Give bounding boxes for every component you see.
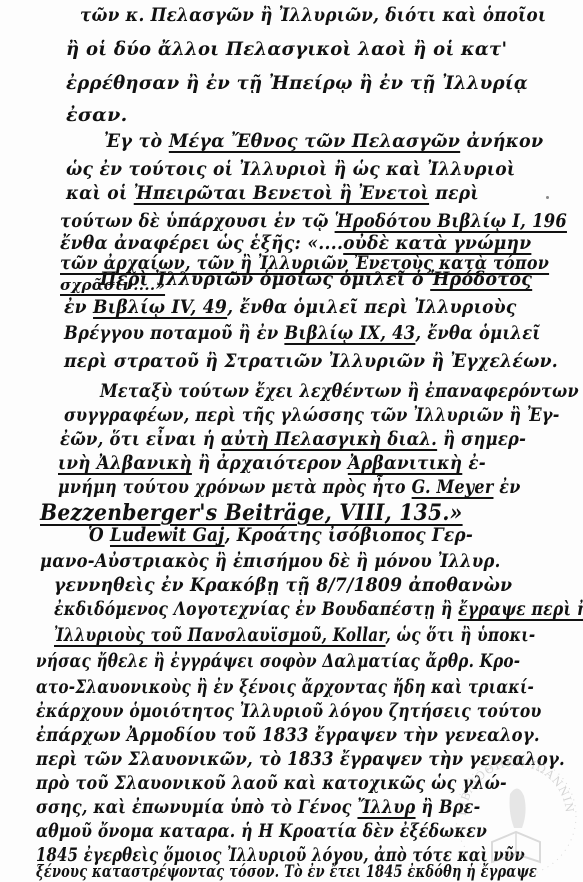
line-text: Ὁ xyxy=(88,524,110,546)
underlined-phrase: Ἠπειρῶται Βενετοὶ ἢ Ἐνετοὶ xyxy=(134,182,429,204)
underlined-word: Ἴλλυρ xyxy=(357,796,415,818)
line-text: ἐν xyxy=(493,476,520,498)
line-text: ἐν xyxy=(64,296,93,318)
manuscript-line: τούτων δὲ ὑπάρχουσι ἐν τῷ Ἡροδότου Βιβλί… xyxy=(60,210,567,232)
line-text: Βρέγγου ποταμοῦ ἢ ἐν xyxy=(64,322,284,344)
underlined-reference: Ἡροδότου Βιβλίῳ I, 196 xyxy=(335,210,567,232)
manuscript-line: Μεταξὺ τούτων ἔχει λεχθέντων ἢ ἐπαναφερό… xyxy=(100,380,579,402)
line-text: ἢ σημερ- xyxy=(437,428,526,450)
line-text: τούτων δὲ ὑπάρχουσι ἐν τῷ xyxy=(60,210,335,232)
manuscript-line: νήσας ἤθελε ἢ ἐγγράψει σοφὸν Δαλματίας ἄ… xyxy=(36,650,520,672)
underlined-name: Ἡρόδοτος xyxy=(430,268,532,290)
line-text: Ἐγ τὸ xyxy=(104,130,169,152)
manuscript-line: Περὶ Ἰλλυριῶν ὁμοίως ὁμιλεῖ ὁ Ἡρόδοτος xyxy=(100,268,532,290)
speck xyxy=(546,196,549,199)
manuscript-line: αθμοῦ ὄνομα καταρα. ἡ Η Κροατία δὲν ἐξέδ… xyxy=(36,820,487,842)
line-text: Περὶ Ἰλλυριῶν ὁμοίως ὁμιλεῖ ὁ xyxy=(100,268,430,290)
manuscript-line: ἐκδιδόμενος Λογοτεχνίας ἐν Βουδαπέστῃ ἢ … xyxy=(54,598,583,620)
manuscript-line: ατο-Σλαυονικοὺς ἢ ἐν ξένοις ἄρχοντας ἤδη… xyxy=(36,676,534,698)
line-text: σσης, καὶ ἐπωνυμία ὑπὸ τὸ Γένος xyxy=(36,796,357,818)
underlined-author: G. Meyer xyxy=(412,476,494,498)
manuscript-line: ὡς ἐν τούτοις οἱ Ἰλλυριοὶ ἢ ὡς καὶ Ἰλλυρ… xyxy=(66,158,515,180)
library-seal-icon: ΒΙΒΛΙΟΘΗΚΗ ΙΩΑΝΝΙΝΩΝ xyxy=(452,752,580,880)
underlined-reference: Βιβλίῳ IX, 43 xyxy=(284,322,415,344)
manuscript-line: ἔνθα ἀναφέρει ὡς ἑξῆς: «....οὐδὲ κατὰ γν… xyxy=(60,232,531,254)
manuscript-line: σσης, καὶ ἐπωνυμία ὑπὸ τὸ Γένος Ἴλλυρ ἢ … xyxy=(36,796,480,818)
manuscript-line: ἐρρέθησαν ἢ ἐν τῇ Ἠπείρῳ ἢ ἐν τῇ Ἰλλυρίᾳ xyxy=(66,72,528,94)
manuscript-line: ἐπάρχων Ἀρμοδίου τοῦ 1833 ἔγραψεν τὴν γε… xyxy=(36,724,540,746)
line-text: μνήμη τούτου χρόνων μετὰ πρὸς ἦτο xyxy=(58,476,412,498)
line-text: , ἔνθα ὁμιλεῖ xyxy=(415,322,540,344)
line-text: , ὡς ὅτι ἢ ὑποκι- xyxy=(385,624,535,646)
manuscript-line: ινὴ Ἀλβανικὴ ἢ ἀρχαιότερον Ἀρβανιτικὴ ἐ- xyxy=(58,452,486,474)
line-text: ἐ- xyxy=(462,452,486,474)
manuscript-line: καὶ οἱ Ἠπειρῶται Βενετοὶ ἢ Ἐνετοὶ περὶ xyxy=(66,182,479,204)
manuscript-line: ἢ οἱ δύο ἄλλοι Πελασγικοὶ λαοὶ ἢ οἱ κατ' xyxy=(66,38,507,60)
manuscript-line: Ὁ Ludewit Gaj, Κροάτης ἰσόβιοπος Γερ- xyxy=(88,524,473,546)
line-text: ἀνήκον xyxy=(460,130,543,152)
underlined-phrase: ινὴ Ἀλβανικὴ xyxy=(58,452,192,474)
manuscript-line: τῶν κ. Πελασγῶν ἢ Ἰλλυριῶν, διότι καὶ ὁπ… xyxy=(80,4,467,26)
line-text: καὶ οἱ xyxy=(66,182,134,204)
line-text: περὶ xyxy=(429,182,479,204)
manuscript-line: ἐῶν, ὅτι εἶναι ἡ αὐτὴ Πελασγικὴ διαλ. ἢ … xyxy=(60,428,526,450)
manuscript-line: περὶ στρατοῦ ἢ Στρατιῶν Ἰλλυριῶν ἢ Ἐγχελ… xyxy=(64,350,558,372)
manuscript-line: ἐν Βιβλίῳ IV, 49, ἔνθα ὁμιλεῖ περὶ Ἰλλυρ… xyxy=(64,296,517,318)
manuscript-line: μανο-Αὐστριακὸς ἢ ἐπισήμου δὲ ἢ μόνου Ἰλ… xyxy=(40,550,501,572)
underlined-phrase: Ἀρβανιτικὴ xyxy=(348,452,462,474)
line-text: , Κροάτης ἰσόβιοπος Γερ- xyxy=(225,524,473,546)
manuscript-line: ἐκάρχουν ὁμοιότητος Ἰλλυριοῦ λόγου ζητήσ… xyxy=(36,700,542,722)
manuscript-line: πρὸ τοῦ Σλαυονικοῦ λαοῦ καὶ κατοχικῶς ὡς… xyxy=(36,772,507,794)
line-text: ἐκδιδόμενος Λογοτεχνίας ἐν Βουδαπέστῃ ἢ xyxy=(54,598,458,620)
manuscript-line: Ἐγ τὸ Μέγα Ἔθνος τῶν Πελασγῶν ἀνήκον xyxy=(104,130,543,152)
manuscript-line: Bezzenberger's Beiträge, VIII, 135.» xyxy=(40,500,463,526)
underlined-phrase: Ἰλλυριοὺς τοῦ Πανσλαυϊσμοῦ, Kollar xyxy=(54,624,385,646)
underlined-phrase: ἔγραψε περὶ ἢ xyxy=(458,598,583,620)
manuscript-line: γεννηθεὶς ἐν Κρακόβῃ τῇ 8/7/1809 ἀποθανὼ… xyxy=(54,574,512,596)
line-text: ἢ ἀρχαιότερον xyxy=(192,452,348,474)
line-text: ἐῶν, ὅτι εἶναι ἡ xyxy=(60,428,221,450)
underlined-phrase: Μέγα Ἔθνος τῶν Πελασγῶν xyxy=(169,130,460,152)
library-stamp: ΒΙΒΛΙΟΘΗΚΗ ΙΩΑΝΝΙΝΩΝ xyxy=(452,752,580,880)
underlined-reference: Βιβλίῳ IV, 49 xyxy=(93,296,227,318)
underlined-name: Ludewit Gaj xyxy=(110,524,225,546)
manuscript-line: Βρέγγου ποταμοῦ ἢ ἐν Βιβλίῳ IX, 43, ἔνθα… xyxy=(64,322,541,344)
manuscript-page: τῶν κ. Πελασγῶν ἢ Ἰλλυριῶν, διότι καὶ ὁπ… xyxy=(0,0,583,882)
line-text: , ἔνθα ὁμιλεῖ περὶ Ἰλλυριοὺς xyxy=(227,296,517,318)
manuscript-line: Ἰλλυριοὺς τοῦ Πανσλαυϊσμοῦ, Kollar, ὡς ὅ… xyxy=(54,624,535,646)
underlined-phrase: αὐτὴ Πελασγικὴ διαλ. xyxy=(221,428,437,450)
manuscript-line: ἐσαν. xyxy=(66,104,127,126)
line-text: ἔνθα ἀναφέρει ὡς ἑξῆς: «.... xyxy=(60,232,343,254)
underlined-quote: οὐδὲ κατὰ γνώμην xyxy=(343,232,531,254)
manuscript-line: συγγραφέων, περὶ τῆς γλώσσης τῶν Ἰλλυριῶ… xyxy=(64,404,560,426)
manuscript-line: μνήμη τούτου χρόνων μετὰ πρὸς ἦτο G. Mey… xyxy=(58,476,521,498)
